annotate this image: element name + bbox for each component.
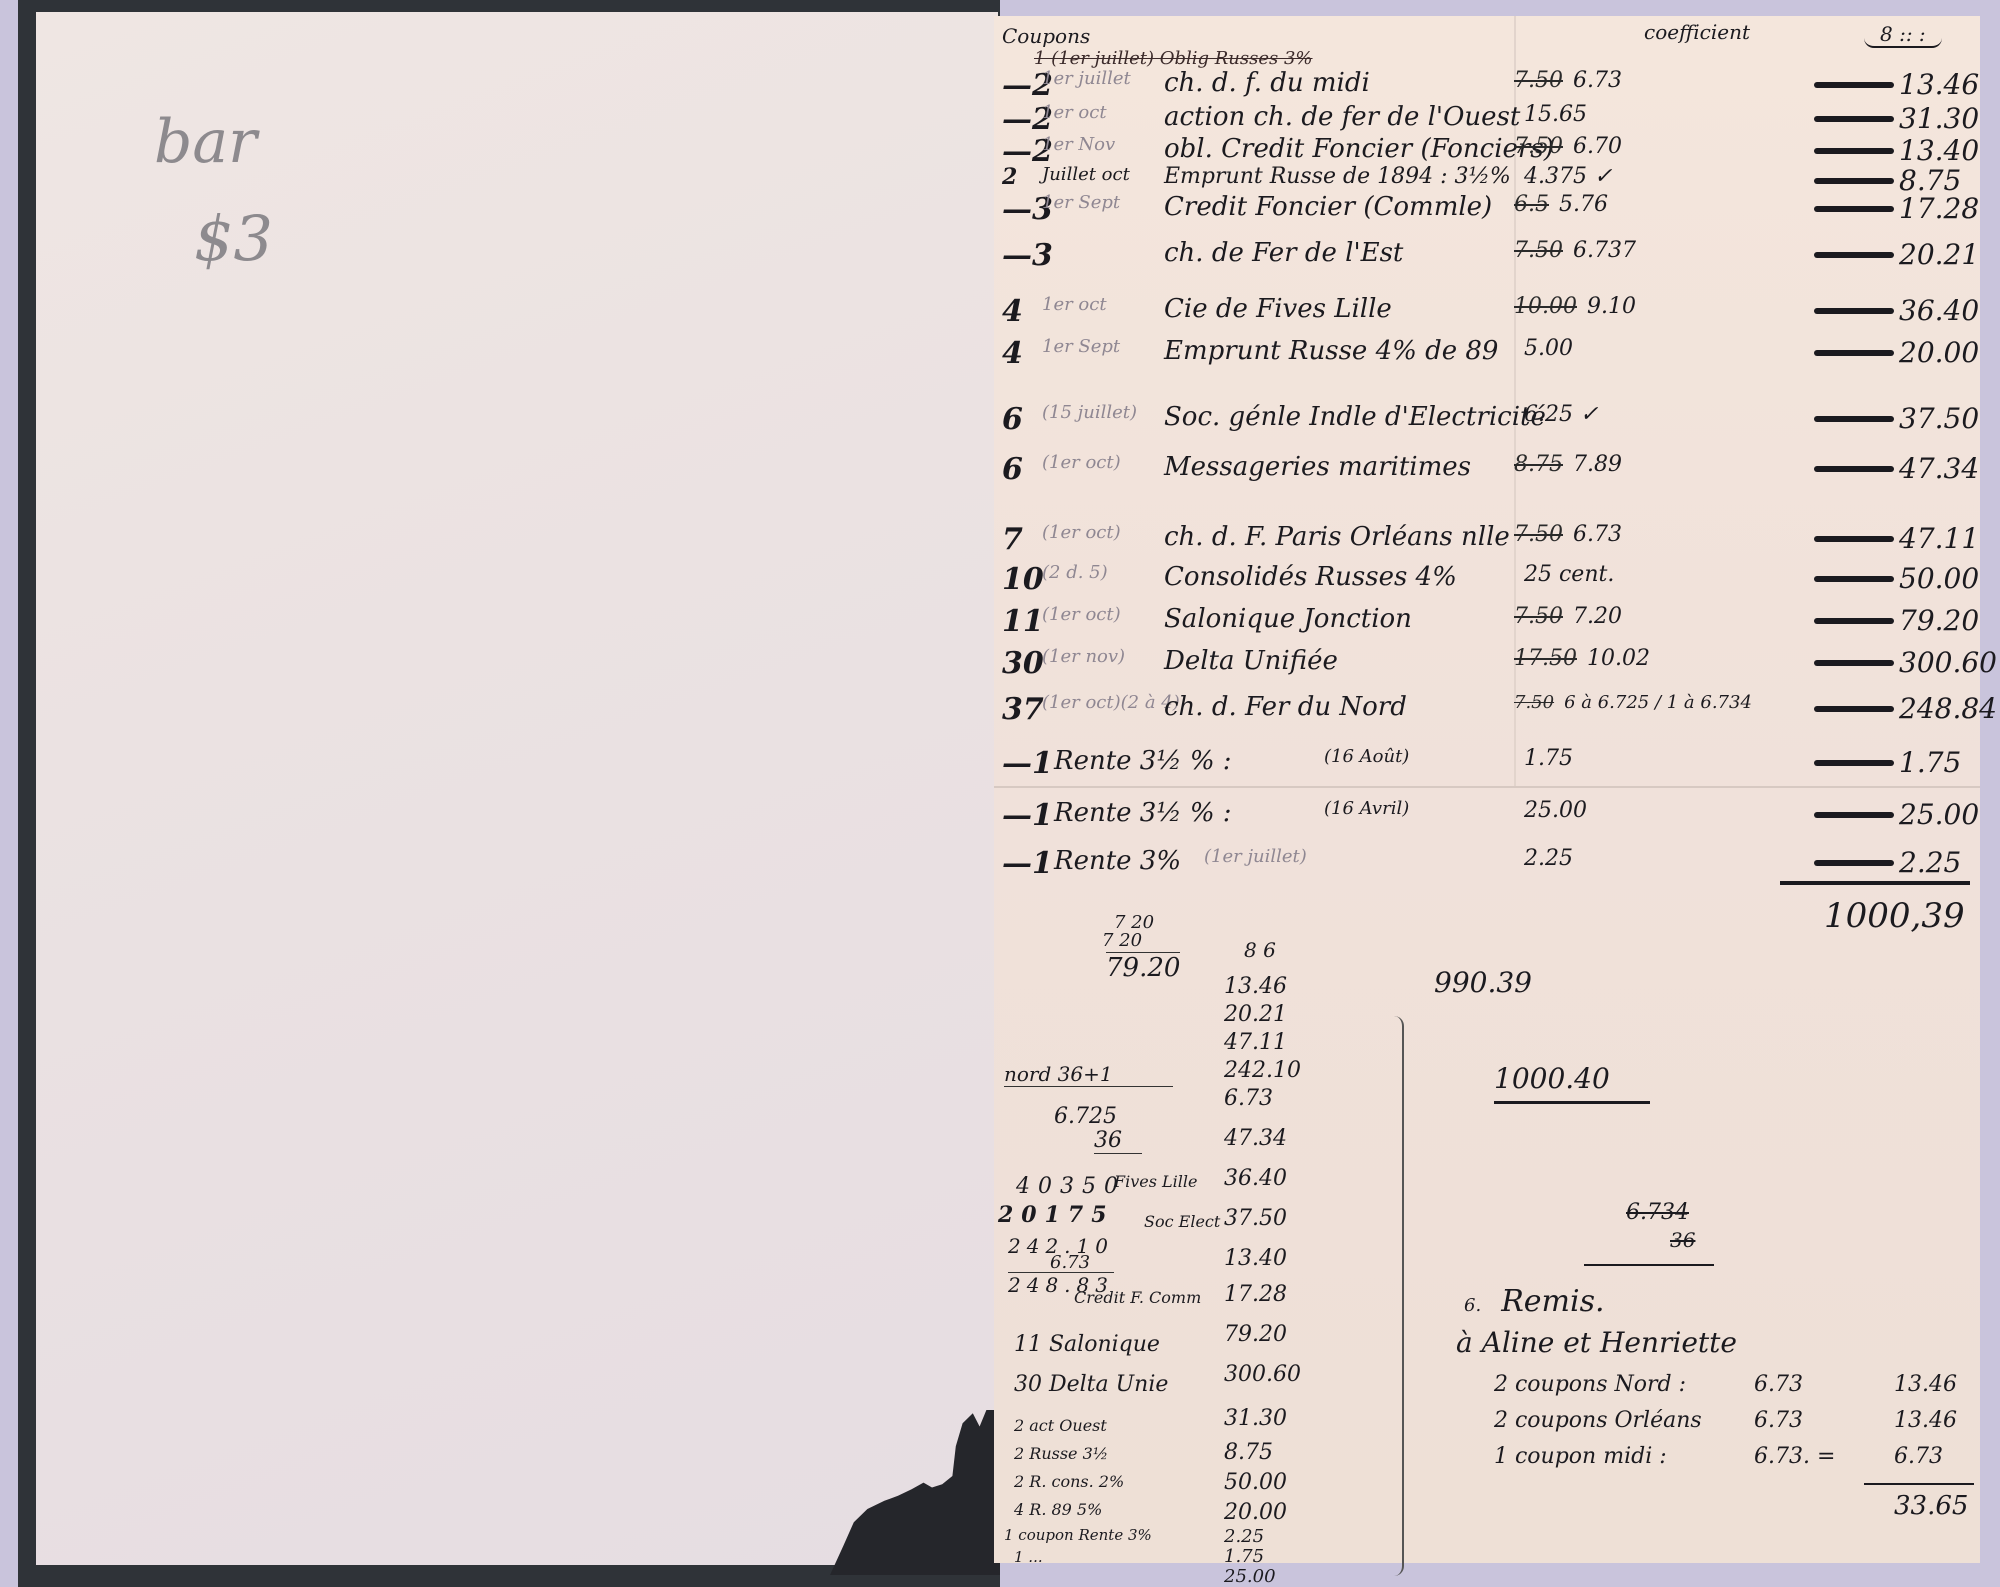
- ledger-row: —3 ch. de Fer de l'Est 7.506.737 20.21: [994, 238, 1980, 278]
- remise-row: 2 coupons Orléans 6.73 13.46: [1494, 1408, 1974, 1442]
- top-right-note: 8 :: :: [1864, 22, 1942, 48]
- dash-mark: [1814, 148, 1894, 154]
- ledger-row: 37 (1er oct)(2 à 4) ch. d. Fer du Nord 7…: [994, 692, 1980, 732]
- remise-title: 6.Remis.: [1464, 1284, 1605, 1319]
- ledger-row: 10 (2 d. 5) Consolidés Russes 4% 25 cent…: [994, 562, 1980, 602]
- total-rule: [1780, 881, 1970, 885]
- ledger-row: —1 (16 Août) Rente 3½ % : 1.75 1.75: [994, 746, 1980, 786]
- left-flyleaf-page: bar $3: [36, 12, 998, 1565]
- dash-mark: [1814, 416, 1894, 422]
- dash-mark: [1814, 252, 1894, 258]
- grand-total: 1000,39: [1824, 896, 1965, 936]
- scratch-bracket: [1394, 1016, 1404, 1576]
- ledger-row: 4 1er oct Cie de Fives Lille 10.009.10 3…: [994, 294, 1980, 334]
- dash-mark: [1814, 660, 1894, 666]
- dash-mark: [1814, 812, 1894, 818]
- scratch-rule: [1584, 1264, 1714, 1266]
- dash-mark: [1814, 206, 1894, 212]
- pencil-price: $3: [194, 202, 273, 275]
- dash-mark: [1814, 350, 1894, 356]
- coefficient-header: coefficient: [1644, 20, 1750, 44]
- scratch-sum-a: 990.39: [1434, 966, 1532, 999]
- remise-recipients: à Aline et Henriette: [1456, 1326, 1737, 1359]
- remise-row: 2 coupons Nord : 6.73 13.46: [1494, 1372, 1974, 1406]
- nord-check-struck: 6.734: [1626, 1200, 1689, 1225]
- ledger-row: —1 (16 Avril) Rente 3½ % : 25.00 25.00: [994, 798, 1980, 838]
- ledger-row: 30 (1er nov) Delta Unifiée 17.5010.02 30…: [994, 646, 1980, 686]
- remise-total: 33.65: [1894, 1491, 1968, 1521]
- nord-check-by-struck: 36: [1670, 1228, 1695, 1252]
- scratch-sum-b: 1000.40: [1494, 1062, 1650, 1104]
- ledger-row: —3 1er Sept Credit Foncier (Commle) 6.55…: [994, 192, 1980, 232]
- dash-mark: [1814, 466, 1894, 472]
- ledger-row: 6 (15 juillet) Soc. génle Indle d'Electr…: [994, 402, 1980, 442]
- dash-mark: [1814, 618, 1894, 624]
- dash-mark: [1814, 576, 1894, 582]
- ledger-row: 4 1er Sept Emprunt Russe 4% de 89 5.00 2…: [994, 336, 1980, 376]
- dash-mark: [1814, 760, 1894, 766]
- remise-rule: [1864, 1483, 1974, 1485]
- dash-mark: [1814, 116, 1894, 122]
- remise-row: 1 coupon midi : 6.73. = 6.73: [1494, 1444, 1974, 1478]
- dash-mark: [1814, 706, 1894, 712]
- dash-mark: [1814, 860, 1894, 866]
- ledger-row: 6 (1er oct) Messageries maritimes 8.757.…: [994, 452, 1980, 492]
- ledger-row: —1 (1er juillet) Rente 3% 2.25 2.25: [994, 846, 1980, 886]
- pencil-note: bar: [154, 107, 257, 177]
- coupons-header: Coupons: [1002, 24, 1090, 48]
- ledger-row: 11 (1er oct) Salonique Jonction 7.507.20…: [994, 604, 1980, 644]
- ledger-row: 7 (1er oct) ch. d. F. Paris Orléans nlle…: [994, 522, 1980, 562]
- fold-line-horizontal: [994, 786, 1980, 788]
- dash-mark: [1814, 308, 1894, 314]
- struck-first-line: 1 (1er juillet) Oblig Russes 3%: [1034, 48, 1313, 69]
- dash-mark: [1814, 178, 1894, 184]
- ledger-page: Coupons 1 (1er juillet) Oblig Russes 3% …: [994, 16, 1980, 1563]
- dash-mark: [1814, 536, 1894, 542]
- dash-mark: [1814, 82, 1894, 88]
